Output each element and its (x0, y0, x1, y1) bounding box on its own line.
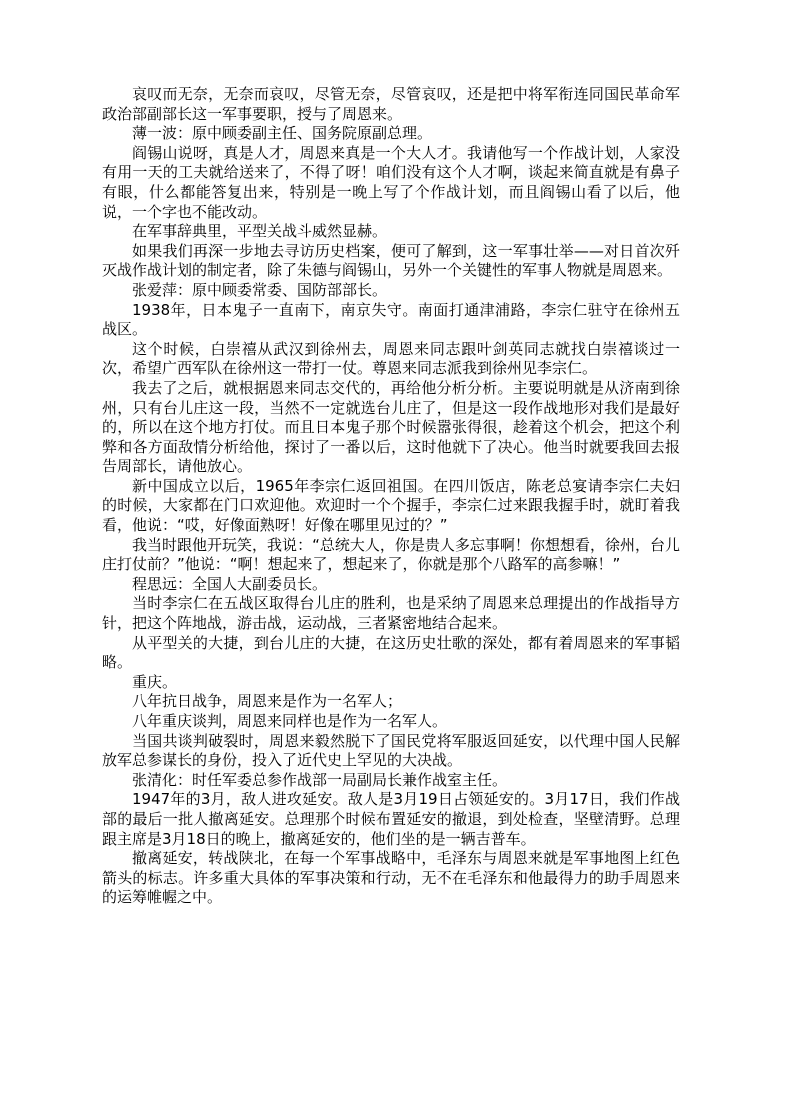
paragraph: 当时李宗仁在五战区取得台儿庄的胜利，也是采纳了周恩来总理提出的作战指导方针，把这… (102, 594, 680, 633)
paragraph: 八年重庆谈判，周恩来同样也是作为一名军人。 (102, 712, 680, 732)
paragraph: 程思远：全国人大副委员长。 (102, 575, 680, 595)
paragraph: 从平型关的大捷，到台儿庄的大捷，在这历史壮歌的深处，都有着周恩来的军事韬略。 (102, 634, 680, 673)
paragraph: 1938年，日本鬼子一直南下，南京失守。南面打通津浦路，李宗仁驻守在徐州五战区。 (102, 301, 680, 340)
paragraph: 当国共谈判破裂时，周恩来毅然脱下了国民党将军服返回延安，以代理中国人民解放军总参… (102, 732, 680, 771)
paragraph: 这个时候，白崇禧从武汉到徐州去，周恩来同志跟叶剑英同志就找白崇禧谈过一次，希望广… (102, 340, 680, 379)
paragraph: 阎锡山说呀，真是人才，周恩来真是一个大人才。我请他写一个作战计划，人家没有用一天… (102, 144, 680, 222)
paragraph: 重庆。 (102, 673, 680, 693)
paragraph: 在军事辞典里，平型关战斗威然显赫。 (102, 222, 680, 242)
paragraph: 我当时跟他开玩笑，我说：“总统大人，你是贵人多忘事啊！你想想看，徐州，台儿庄打仗… (102, 536, 680, 575)
paragraph: 新中国成立以后，1965年李宗仁返回祖国。在四川饭店，陈老总宴请李宗仁夫妇的时候… (102, 477, 680, 536)
paragraph: 如果我们再深一步地去寻访历史档案，便可了解到，这一军事壮举——对日首次歼灭战作战… (102, 242, 680, 281)
paragraph: 撤离延安，转战陕北，在每一个军事战略中，毛泽东与周恩来就是军事地图上红色箭头的标… (102, 849, 680, 908)
paragraph: 张爱萍：原中顾委常委、国防部部长。 (102, 281, 680, 301)
paragraph: 哀叹而无奈，无奈而哀叹，尽管无奈，尽管哀叹，还是把中将军衔连同国民革命军政治部副… (102, 85, 680, 124)
paragraph: 1947年的3月，敌人进攻延安。敌人是3月19日占领延安的。3月17日，我们作战… (102, 790, 680, 849)
paragraph: 张清化：时任军委总参作战部一局副局长兼作战室主任。 (102, 771, 680, 791)
paragraph: 我去了之后，就根据恩来同志交代的，再给他分析分析。主要说明就是从济南到徐州，只有… (102, 379, 680, 477)
paragraph: 薄一波：原中顾委副主任、国务院原副总理。 (102, 124, 680, 144)
paragraph: 八年抗日战争，周恩来是作为一名军人； (102, 692, 680, 712)
document-page: 哀叹而无奈，无奈而哀叹，尽管无奈，尽管哀叹，还是把中将军衔连同国民革命军政治部副… (102, 85, 680, 908)
